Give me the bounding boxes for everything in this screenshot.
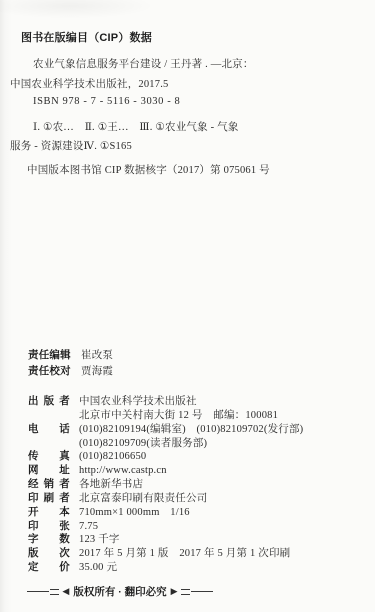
- website-value: http://www.castp.cn: [79, 464, 167, 478]
- colophon-row-website: 网址 http://www.castp.cn: [28, 464, 303, 478]
- left-triangle-icon: ◀: [62, 587, 69, 597]
- cip-record-title-line: 农业气象信息服务平台建设 / 王丹著 . —北京：: [33, 56, 254, 71]
- colophon-row-format: 开本 710mm×1 000mm 1/16: [28, 506, 303, 520]
- website-label: 网址: [28, 464, 70, 478]
- colophon-row-phone: 电话 (010)82109194(编辑室) (010)82109702(发行部): [28, 423, 303, 437]
- book-cip-page: { "cip": { "header": "图书在版编目（CIP）数据", "r…: [0, 0, 375, 612]
- colophon-row-publisher-address: 北京市中关村南大街 12 号 邮编：100081: [28, 409, 303, 423]
- colophon-row-sheets: 印张 7.75: [28, 520, 303, 534]
- sheets-value: 7.75: [79, 520, 98, 534]
- edition-label: 版次: [28, 547, 70, 561]
- cip-record-isbn-line: ISBN 978 - 7 - 5116 - 3030 - 8: [33, 96, 180, 107]
- fax-label: 传真: [28, 450, 70, 464]
- wordcount-label: 字数: [28, 533, 70, 547]
- distributor-value: 各地新华书店: [79, 478, 143, 492]
- publisher-address: 北京市中关村南大街 12 号 邮编：100081: [79, 409, 278, 423]
- edition-value: 2017 年 5 月第 1 版 2017 年 5 月第 1 次印刷: [79, 547, 290, 561]
- distributor-label: 经销者: [28, 478, 70, 492]
- staff-proofreader-name: 贾海霞: [81, 364, 113, 380]
- colophon-row-fax: 传真 (010)82106650: [28, 450, 303, 464]
- printer-label: 印刷者: [28, 492, 70, 506]
- cip-registration-number: 中国版本图书馆 CIP 数据核字（2017）第 075061 号: [27, 162, 270, 177]
- cip-classification-line-1: Ⅰ. ①农… Ⅱ. ①王… Ⅲ. ①农业气象 - 气象: [33, 119, 239, 134]
- staff-proofreader-label: 责任校对: [28, 364, 72, 380]
- fax-value: (010)82106650: [79, 450, 146, 464]
- printer-value: 北京富泰印刷有限责任公司: [79, 492, 207, 506]
- copyright-squiggle-left: [50, 589, 59, 595]
- copyright-squiggle-right: [181, 589, 190, 595]
- colophon-row-price: 定价 35.00 元: [28, 561, 303, 575]
- copyright-rule-left: [27, 591, 49, 592]
- price-value: 35.00 元: [79, 561, 117, 575]
- copyright-text: 版权所有 · 翻印必究: [73, 584, 166, 599]
- phone-value-2: (010)82109709(读者服务部): [79, 437, 207, 451]
- staff-editor-name: 崔改泵: [81, 348, 113, 364]
- colophon-row-distributor: 经销者 各地新华书店: [28, 478, 303, 492]
- colophon-row-phone-2: (010)82109709(读者服务部): [28, 437, 303, 451]
- colophon-row-printer: 印刷者 北京富泰印刷有限责任公司: [28, 492, 303, 506]
- staff-editor-label: 责任编辑: [28, 348, 72, 364]
- colophon-block: 出版者 中国农业科学技术出版社 北京市中关村南大街 12 号 邮编：100081…: [28, 395, 303, 575]
- right-triangle-icon: ▶: [171, 587, 178, 597]
- cip-header: 图书在版编目（CIP）数据: [21, 29, 152, 45]
- publisher-value: 中国农业科学技术出版社: [79, 395, 197, 409]
- staff-row-proofreader: 责任校对 贾海霞: [28, 364, 113, 380]
- cip-classification-line-2: 服务 - 资源建设Ⅳ. ①S165: [10, 138, 132, 153]
- wordcount-value: 123 千字: [79, 533, 120, 547]
- staff-block: 责任编辑 崔改泵 责任校对 贾海霞: [28, 348, 113, 379]
- cip-record-publisher-line: 中国农业科学技术出版社，2017.5: [10, 76, 168, 91]
- colophon-row-publisher: 出版者 中国农业科学技术出版社: [28, 395, 303, 409]
- colophon-row-edition: 版次 2017 年 5 月第 1 版 2017 年 5 月第 1 次印刷: [28, 547, 303, 561]
- format-label: 开本: [28, 506, 70, 520]
- colophon-row-wordcount: 字数 123 千字: [28, 533, 303, 547]
- copyright-rule-right: [191, 591, 213, 592]
- sheets-label: 印张: [28, 520, 70, 534]
- format-value: 710mm×1 000mm 1/16: [79, 506, 190, 520]
- publisher-label: 出版者: [28, 395, 70, 409]
- phone-value-1: (010)82109194(编辑室) (010)82109702(发行部): [79, 423, 303, 437]
- staff-row-editor: 责任编辑 崔改泵: [28, 348, 113, 364]
- copyright-notice: ◀ 版权所有 · 翻印必究 ▶: [0, 584, 240, 599]
- price-label: 定价: [28, 561, 70, 575]
- phone-label: 电话: [28, 423, 70, 437]
